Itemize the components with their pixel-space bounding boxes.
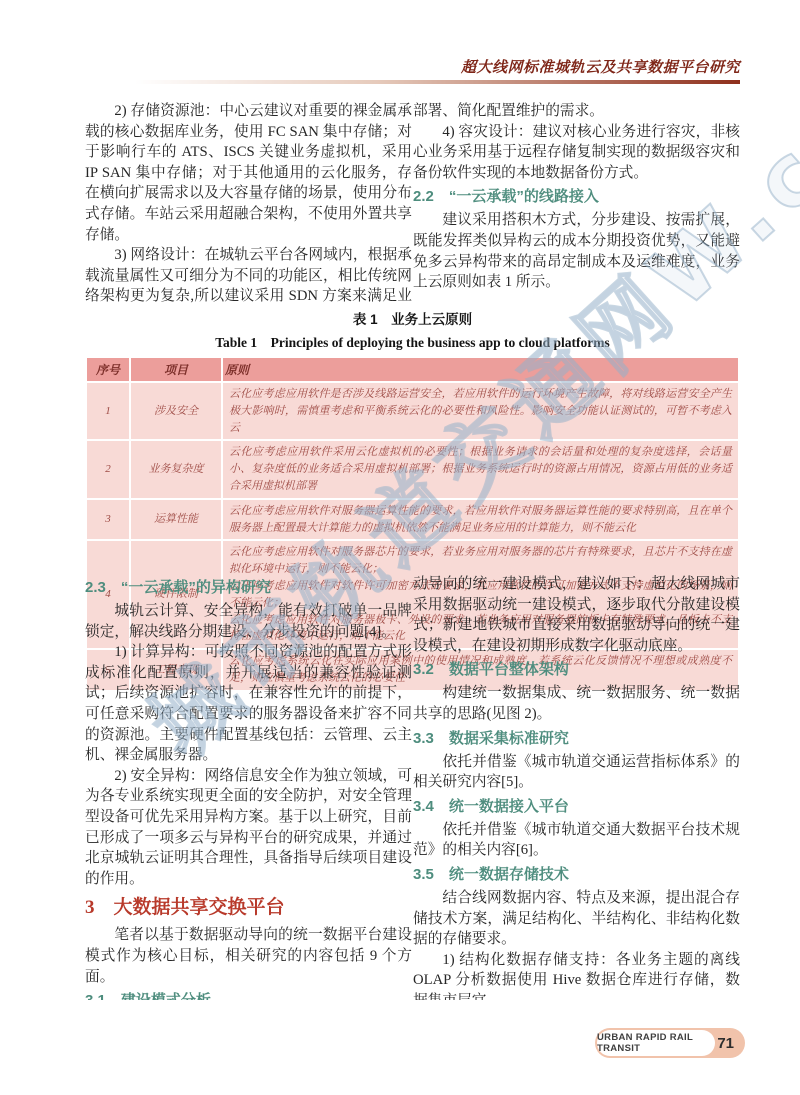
table-caption-en: Table 1 Principles of deploying the busi… [85, 331, 740, 351]
table-cell-no: 2 [87, 441, 129, 497]
column-top-left: 2) 存储资源池：中心云建议对重要的裸金属承载的核心数据库业务，使用 FC SA… [85, 101, 412, 307]
column-bottom-right: 动导向的统一建设模式，建议如下：超大线网城市采用数据驱动统一建设模式，逐步取代分… [413, 574, 740, 1000]
table-cell-no: 1 [87, 383, 129, 439]
paragraph: 4) 容灾设计：建议对核心业务进行容灾，非核心业务采用基于远程存储复制实现的数据… [413, 122, 740, 184]
running-head-title: 超大线网标准城轨云及共享数据平台研究 [461, 56, 740, 77]
table-cell-item: 涉及安全 [131, 383, 221, 439]
paragraph: 城轨云计算、安全异构，能有效打破单一品牌锁定，解决线路分期建设、分步投资的问题[… [85, 601, 412, 642]
section-heading-3-4: 3.4 统一数据接入平台 [413, 797, 740, 817]
table-header-row: 序号 项目 原则 [87, 358, 738, 381]
section-heading-2-3: 2.3 “一云承载”的异构研究 [85, 578, 412, 598]
table-row: 1 涉及安全 云化应考虑应用软件是否涉及线路运营安全，若应用软件的运行环境产生故… [87, 383, 738, 439]
table-cell-principle: 云化应考虑应用软件是否涉及线路运营安全，若应用软件的运行环境产生故障，将对线路运… [223, 383, 738, 439]
paragraph: 3) 网络设计：在城轨云平台各网域内，根据承载流量属性又可细分为不同的功能区，相… [85, 245, 412, 307]
page-number: 71 [717, 1028, 734, 1058]
paragraph: 2) 安全异构：网络信息安全作为独立领域，可为各专业系统实现更全面的安全防护，对… [85, 766, 412, 890]
section-heading-3-5: 3.5 统一数据存储技术 [413, 865, 740, 885]
table-row: 2 业务复杂度 云化应考虑应用软件采用云化虚拟机的必要性；根据业务请求的会话量和… [87, 441, 738, 497]
table-row: 3 运算性能 云化应考虑应用软件对服务器运算性能的要求，若应用软件对服务器运算性… [87, 500, 738, 540]
paragraph: 动导向的统一建设模式，建议如下：超大线网城市采用数据驱动统一建设模式，逐步取代分… [413, 574, 740, 656]
table-cell-principle: 云化应考虑应用软件采用云化虚拟机的必要性；根据业务请求的会话量和处理的复杂度选择… [223, 441, 738, 497]
paragraph: 1) 计算异构：可按照不同资源池的配置方式形成标准化配置原则，并开展适当的兼容性… [85, 642, 412, 766]
table-header-cell-item: 项目 [131, 358, 221, 381]
paragraph: 依托并借鉴《城市轨道交通运营指标体系》的相关研究内容[5]。 [413, 752, 740, 793]
section-heading-3: 3 大数据共享交换平台 [85, 896, 412, 920]
paragraph: 依托并借鉴《城市轨道交通大数据平台技术规范》的相关内容[6]。 [413, 820, 740, 861]
table-header-cell-no: 序号 [87, 358, 129, 381]
table-cell-principle: 云化应考虑应用软件对服务器运算性能的要求，若应用软件对服务器运算性能的要求特别高… [223, 500, 738, 540]
table-cell-item: 运算性能 [131, 500, 221, 540]
table-cell-no: 3 [87, 500, 129, 540]
table-cell-item: 业务复杂度 [131, 441, 221, 497]
paragraph: 部署、简化配置维护的需求。 [413, 101, 740, 122]
section-heading-3-1: 3.1 建设模式分析 [85, 991, 412, 1000]
paragraph: 构建统一数据集成、统一数据服务、统一数据共享的思路(见图 2)。 [413, 683, 740, 724]
table-caption-zh: 表 1 业务上云原则 [85, 308, 740, 328]
paragraph: 2) 存储资源池：中心云建议对重要的裸金属承载的核心数据库业务，使用 FC SA… [85, 101, 412, 245]
column-top-right: 部署、简化配置维护的需求。 4) 容灾设计：建议对核心业务进行容灾，非核心业务采… [413, 101, 740, 307]
header-gradient-rule [135, 80, 740, 84]
paragraph: 1) 结构化数据存储支持：各业务主题的离线 OLAP 分析数据使用 Hive 数… [413, 950, 740, 1000]
column-bottom-left: 2.3 “一云承载”的异构研究 城轨云计算、安全异构，能有效打破单一品牌锁定，解… [85, 574, 412, 1000]
paragraph: 建议采用搭积木方式，分步建设、按需扩展，既能发挥类似异构云的成本分期投资优势，又… [413, 210, 740, 292]
table-header-cell-principle: 原则 [223, 358, 738, 381]
section-heading-2-2: 2.2 “一云承载”的线路接入 [413, 187, 740, 207]
journal-page: 超大线网标准城轨云及共享数据平台研究 2) 存储资源池：中心云建议对重要的裸金属… [0, 0, 800, 1095]
journal-name: URBAN RAPID RAIL TRANSIT [597, 1030, 715, 1056]
paragraph: 结合线网数据内容、特点及来源，提出混合存储技术方案，满足结构化、半结构化、非结构… [413, 888, 740, 950]
paragraph: 笔者以基于数据驱动导向的统一数据平台建设模式作为核心目标，相关研究的内容包括 9… [85, 925, 412, 987]
section-heading-3-2: 3.2 数据平台整体架构 [413, 660, 740, 680]
journal-badge: URBAN RAPID RAIL TRANSIT 71 [595, 1028, 745, 1058]
section-heading-3-3: 3.3 数据采集标准研究 [413, 729, 740, 749]
